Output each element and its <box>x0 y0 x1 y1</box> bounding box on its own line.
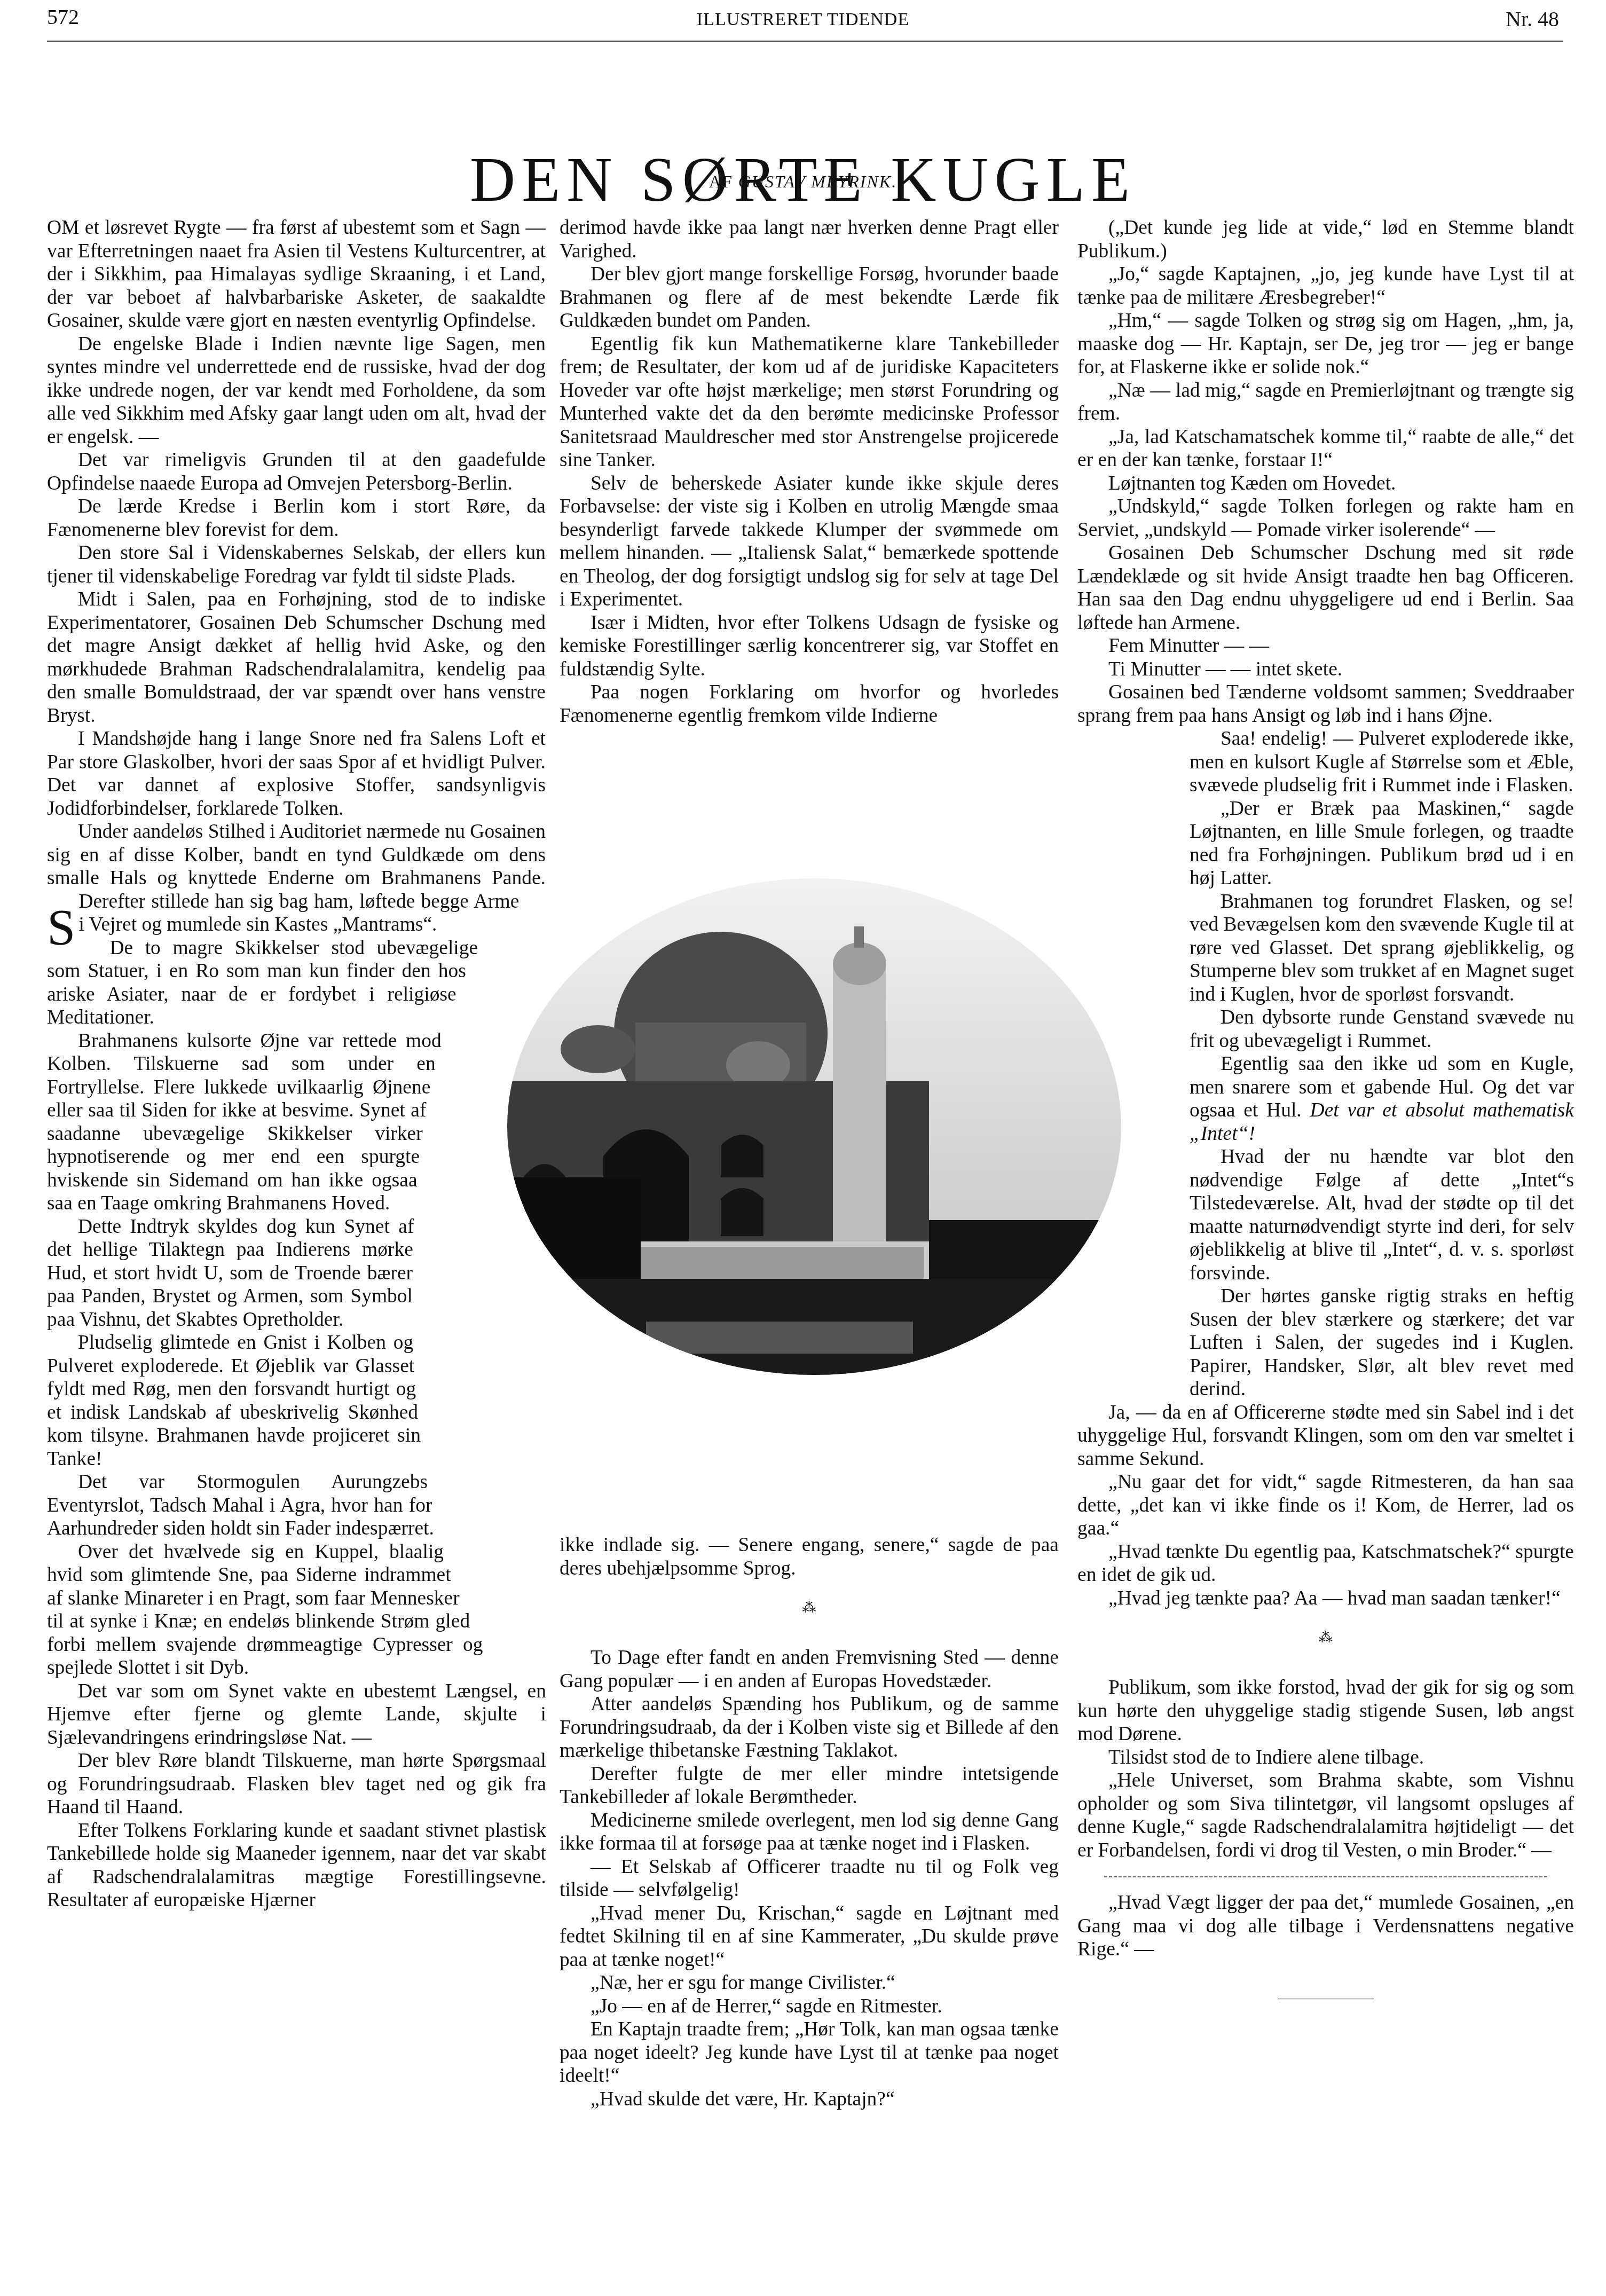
paragraph: Gosainen bed Tænderne voldsomt sammen; S… <box>1077 681 1574 727</box>
paragraph: De engelske Blade i Indien nævnte lige S… <box>47 333 546 449</box>
paragraph: „Hvad Vægt ligger der paa det,“ mumlede … <box>1077 1891 1574 1961</box>
paragraph: To Dage efter fandt en anden Fremvisning… <box>560 1646 1059 1693</box>
paragraph: „Ja, lad Katschamatschek komme til,“ raa… <box>1077 426 1574 472</box>
paragraph: „Hm,“ — sagde Tolken og strøg sig om Hag… <box>1077 309 1574 379</box>
paragraph: ikke indlade sig. — Senere engang, sener… <box>560 1534 1059 1580</box>
paragraph: Derefter fulgte de mer eller mindre inte… <box>560 1763 1059 1809</box>
paragraph: („Det kunde jeg lide at vide,“ lød en St… <box>1077 216 1574 263</box>
wrapped-text-block: Saa! endelig! — Pulveret exploderede ikk… <box>1077 727 1574 1401</box>
paragraph: „Undskyld,“ sagde Tolken forlegen og rak… <box>1077 495 1574 541</box>
end-rule <box>1278 1999 1374 2003</box>
paragraph: Publikum, som ikke forstod, hvad der gik… <box>1077 1676 1574 1746</box>
byline: AF GUSTAV MEYRINK. <box>0 172 1606 192</box>
paragraph: Der hørtes ganske rigtig straks en hefti… <box>1190 1285 1574 1401</box>
paragraph: Især i Midten, hvor efter Tolkens Udsagn… <box>560 611 1059 681</box>
paragraph: I Mandshøjde hang i lange Snore ned fra … <box>47 727 546 820</box>
paragraph: Ja, — da en af Officererne stødte med si… <box>1077 1401 1574 1471</box>
paragraph: „Nu gaar det for vidt,“ sagde Ritmestere… <box>1077 1471 1574 1540</box>
paragraph: Medicinerne smilede overlegent, men lod … <box>560 1809 1059 1855</box>
paragraph: Egentlig saa den ikke ud som en Kugle, m… <box>1190 1052 1574 1145</box>
paragraph: Der blev gjort mange forskellige Forsøg,… <box>560 263 1059 333</box>
header-rule <box>47 41 1563 42</box>
opening-paragraph: SOM et løsrevet Rygte — fra først af ube… <box>47 216 546 333</box>
section-break-asterism: ⁂ <box>560 1601 1059 1614</box>
paragraph: Paa nogen Forklaring om hvorfor og hvorl… <box>560 681 1059 727</box>
paragraph: „Jo — en af de Herrer,“ sagde en Ritmest… <box>560 1995 1059 2018</box>
paragraph: „Næ — lad mig,“ sagde en Premierløjtnant… <box>1077 379 1574 426</box>
paragraph: Det var rimeligvis Grunden til at den ga… <box>47 449 546 495</box>
paragraph: De lærde Kredse i Berlin kom i stort Rør… <box>47 495 546 541</box>
paragraph: En Kaptajn traadte frem; „Hør Tolk, kan … <box>560 2018 1059 2088</box>
float-spacer <box>546 216 546 905</box>
paragraph: „Næ, her er sgu for mange Civilister.“ <box>560 1971 1059 1995</box>
paragraph: Saa! endelig! — Pulveret exploderede ikk… <box>1190 727 1574 797</box>
section-break-asterism: ⁂ <box>1077 1631 1574 1644</box>
paragraph: — Et Selskab af Officerer traadte nu til… <box>560 1855 1059 1902</box>
paragraph: Hvad der nu hændte var blot den nødvendi… <box>1190 1145 1574 1285</box>
running-header: 572 ILLUSTRERET TIDENDE Nr. 48 <box>0 0 1606 43</box>
paragraph: derimod havde ikke paa langt nær hverken… <box>560 216 1059 263</box>
paragraph: „Hvad mener Du, Krischan,“ sagde en Løjt… <box>560 1902 1059 1972</box>
masthead: ILLUSTRERET TIDENDE <box>0 10 1606 30</box>
paragraph: Det var som om Synet vakte en ubestemt L… <box>47 1680 546 1750</box>
illustration-gap <box>560 727 1059 1534</box>
paragraph: Den dybsorte runde Genstand svævede nu f… <box>1190 1006 1574 1052</box>
paragraph: Fem Minutter — — <box>1077 634 1574 658</box>
paragraph: „Hvad tænkte Du egentlig paa, Katschmats… <box>1077 1540 1574 1587</box>
paragraph: Den store Sal i Videnskabernes Selskab, … <box>47 541 546 588</box>
column-1: SOM et løsrevet Rygte — fra først af ube… <box>47 216 546 1912</box>
paragraph: Gosainen Deb Schumscher Dschung med sit … <box>1077 541 1574 634</box>
paragraph: „Der er Bræk paa Maskinen,“ sagde Løjtna… <box>1190 797 1574 890</box>
paragraph: Egentlig fik kun Mathematikerne klare Ta… <box>560 333 1059 472</box>
column-3: („Det kunde jeg lide at vide,“ lød en St… <box>1077 216 1574 2003</box>
paragraph: Atter aandeløs Spænding hos Publikum, og… <box>560 1693 1059 1763</box>
column-2: derimod havde ikke paa langt nær hverken… <box>560 216 1059 2111</box>
paragraph: „Hele Universet, som Brahma skabte, som … <box>1077 1769 1574 1862</box>
paragraph: Efter Tolkens Forklaring kunde et saadan… <box>47 1819 546 1912</box>
paragraph: Ti Minutter — — intet skete. <box>1077 658 1574 681</box>
paragraph: „Hvad jeg tænkte paa? Aa — hvad man saad… <box>1077 1587 1574 1610</box>
author-name: GUSTAV MEYRINK. <box>738 172 897 191</box>
drop-cap: S <box>47 907 75 948</box>
paragraph: Tilsidst stod de to Indiere alene tilbag… <box>1077 1746 1574 1770</box>
paragraph: Brahmanen tog forundret Flasken, og se! … <box>1190 890 1574 1007</box>
paragraph: Selv de beherskede Asiater kunde ikke sk… <box>560 472 1059 611</box>
paragraph: Der blev Røre blandt Tilskuerne, man hør… <box>47 1749 546 1819</box>
issue-number: Nr. 48 <box>1506 6 1559 32</box>
paragraph: „Hvad skulde det være, Hr. Kaptajn?“ <box>560 2088 1059 2111</box>
paragraph: Løjtnanten tog Kæden om Hovedet. <box>1077 472 1574 496</box>
paragraph: Midt i Salen, paa en Forhøjning, stod de… <box>47 588 546 727</box>
paragraph: „Jo,“ sagde Kaptajnen, „jo, jeg kunde ha… <box>1077 263 1574 309</box>
byline-prefix: AF <box>709 172 733 191</box>
dashed-separator <box>1104 1876 1547 1877</box>
